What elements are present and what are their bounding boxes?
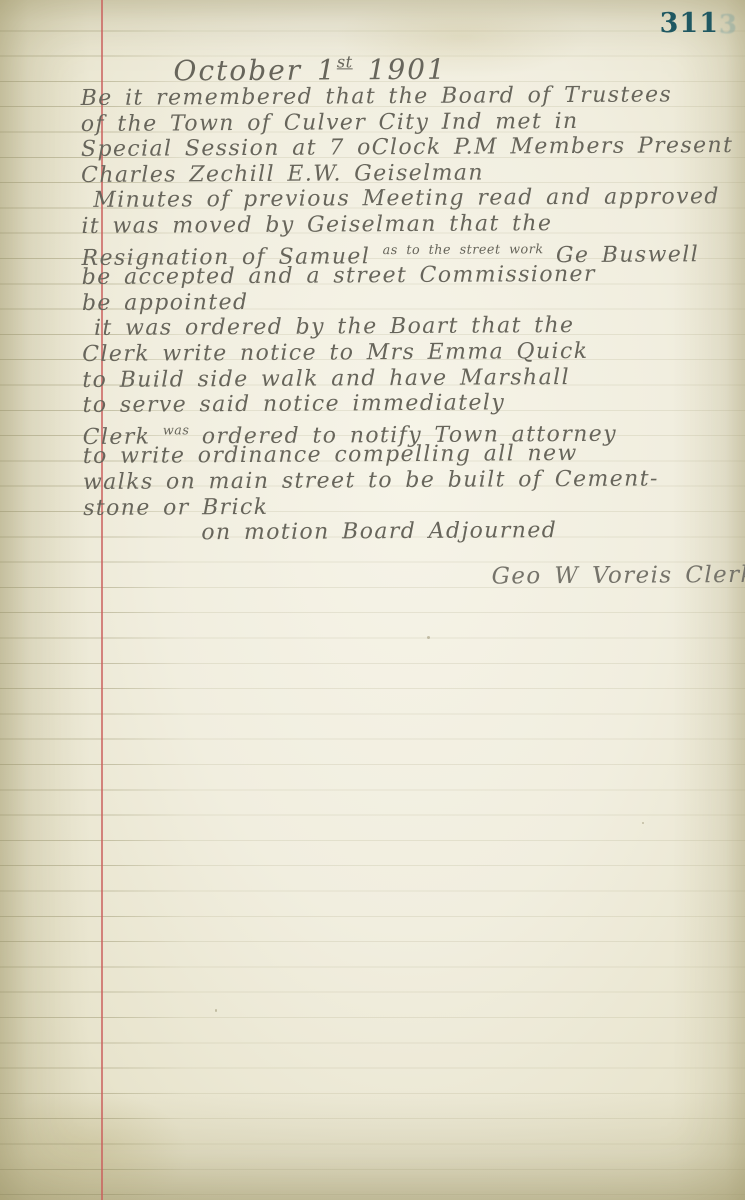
manuscript-line: Resignation of Samuel as to the street w…	[82, 236, 735, 266]
paper-speck	[427, 636, 430, 639]
manuscript-line: Be it remembered that the Board of Trust…	[81, 82, 734, 112]
manuscript-line: Minutes of previous Meeting read and app…	[93, 184, 734, 214]
page-number-ghost: 3	[719, 10, 737, 40]
manuscript-line: to serve said notice immediately	[82, 389, 735, 419]
manuscript-line: stone or Brick	[83, 492, 736, 522]
manuscript-line: it was ordered by the Boart that the	[94, 312, 735, 342]
manuscript-text: October 1st 1901Be it remembered that th…	[80, 42, 736, 592]
interlinear-insertion: st	[337, 52, 353, 71]
manuscript-line: Clerk was ordered to notify Town attorne…	[83, 415, 736, 445]
manuscript-line: to write ordinance compelling all new	[83, 440, 736, 470]
manuscript-line: be appointed	[82, 287, 735, 317]
manuscript-line: Geo W Voreis Clerk	[492, 563, 737, 590]
manuscript-line: it was moved by Geiselman that the	[81, 210, 734, 240]
manuscript-line: Charles Zechill E.W. Geiselman	[81, 159, 734, 189]
manuscript-line: October 1st 1901	[173, 42, 733, 85]
interlinear-insertion: was	[163, 423, 190, 438]
manuscript-line: of the Town of Culver City Ind met in	[81, 108, 734, 138]
manuscript-line: Special Session at 7 oClock P.M Members …	[81, 133, 734, 163]
paper-speck	[215, 1009, 217, 1012]
manuscript-line: walks on main street to be built of Ceme…	[83, 466, 736, 496]
manuscript-line: on motion Board Adjourned	[201, 517, 736, 546]
interlinear-insertion: as to the street work	[383, 242, 544, 258]
paper-speck	[642, 822, 644, 824]
manuscript-line: Clerk write notice to Mrs Emma Quick	[82, 338, 735, 368]
page-number: 311	[660, 8, 719, 39]
manuscript-line: to Build side walk and have Marshall	[82, 364, 735, 394]
ledger-page: 3 311 October 1st 1901Be it remembered t…	[0, 0, 745, 1200]
